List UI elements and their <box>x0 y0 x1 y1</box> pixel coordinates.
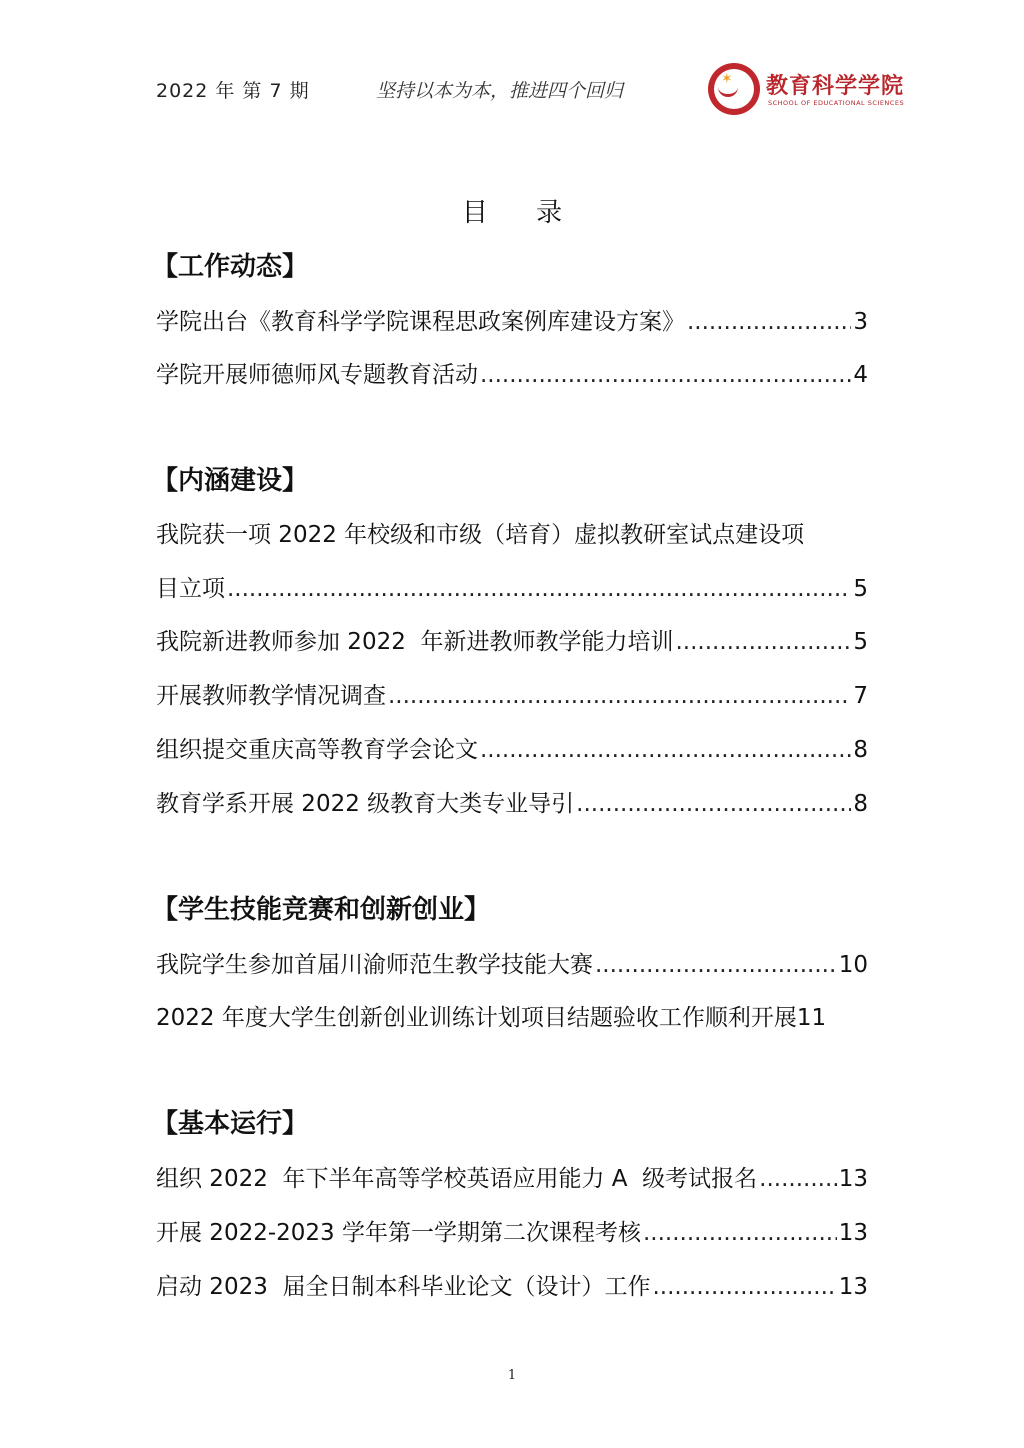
toc-entry[interactable]: 开展教师教学情况调查 7 <box>156 677 868 710</box>
entry-page: 7 <box>853 683 868 709</box>
school-seal-icon: ✶ <box>708 63 760 115</box>
issue-label: 2022 年 第 7 期 <box>156 76 310 103</box>
entry-page: 13 <box>839 1166 868 1192</box>
entry-title: 2022 年度大学生创新创业训练计划项目结题验收工作顺利开展 <box>156 999 797 1032</box>
toc-entry[interactable]: 组织 2022 年下半年高等学校英语应用能力 A 级考试报名 13 <box>156 1160 868 1193</box>
dot-leader <box>480 362 851 388</box>
section-heading: 【工作动态】 <box>152 246 308 283</box>
entry-page: 10 <box>839 952 868 978</box>
entry-title: 组织提交重庆高等教育学会论文 <box>156 731 478 764</box>
logo-name-en: SCHOOL OF EDUCATIONAL SCIENCES <box>768 99 904 107</box>
page-number: 1 <box>0 1368 1024 1383</box>
school-logo: ✶ 教育科学学院 SCHOOL OF EDUCATIONAL SCIENCES <box>708 63 893 119</box>
toc-title: 目 录 <box>0 192 1024 229</box>
entry-page: 5 <box>853 576 868 602</box>
entry-title: 我院获一项 2022 年校级和市级（培育）虚拟教研室试点建设项 <box>156 516 804 549</box>
toc-entry[interactable]: 学院开展师德师风专题教育活动 4 <box>156 356 868 389</box>
toc-entry[interactable]: 我院学生参加首届川渝师范生教学技能大赛 10 <box>156 946 868 979</box>
entry-page: 8 <box>853 737 868 763</box>
dot-leader <box>687 309 851 335</box>
toc-entry[interactable]: 我院获一项 2022 年校级和市级（培育）虚拟教研室试点建设项 <box>156 516 868 549</box>
toc-entry[interactable]: 开展 2022-2023 学年第一学期第二次课程考核 13 <box>156 1214 868 1247</box>
entry-title: 开展教师教学情况调查 <box>156 677 386 710</box>
entry-title: 学院开展师德师风专题教育活动 <box>156 356 478 389</box>
toc-entry[interactable]: 我院新进教师参加 2022 年新进教师教学能力培训 5 <box>156 623 868 656</box>
dot-leader <box>759 1166 837 1192</box>
dot-leader <box>643 1220 837 1246</box>
entry-title: 开展 2022-2023 学年第一学期第二次课程考核 <box>156 1214 641 1247</box>
dot-leader <box>576 791 851 817</box>
dot-leader <box>388 683 851 709</box>
entry-title: 启动 2023 届全日制本科毕业论文（设计）工作 <box>156 1268 650 1301</box>
dot-leader <box>652 1274 836 1300</box>
dot-leader <box>595 952 837 978</box>
entry-page: 13 <box>839 1274 868 1300</box>
entry-page: 11 <box>797 1005 826 1031</box>
toc-entry[interactable]: 组织提交重庆高等教育学会论文 8 <box>156 731 868 764</box>
entry-title: 我院学生参加首届川渝师范生教学技能大赛 <box>156 946 593 979</box>
entry-page: 4 <box>853 362 868 388</box>
entry-title: 教育学系开展 2022 级教育大类专业导引 <box>156 785 574 818</box>
page-header: 2022 年 第 7 期 坚持以本为本，推进四个回归 ✶ 教育科学学院 SCHO… <box>0 0 1024 130</box>
toc-entry[interactable]: 启动 2023 届全日制本科毕业论文（设计）工作 13 <box>156 1268 868 1301</box>
toc-entry-continued[interactable]: 目立项 5 <box>156 570 868 603</box>
section-heading: 【内涵建设】 <box>152 460 308 497</box>
section-heading: 【基本运行】 <box>152 1103 308 1140</box>
toc-entry[interactable]: 教育学系开展 2022 级教育大类专业导引 8 <box>156 785 868 818</box>
entry-page: 5 <box>853 629 868 655</box>
logo-name-cn: 教育科学学院 <box>766 69 904 100</box>
entry-title: 学院出台《教育科学学院课程思政案例库建设方案》 <box>156 303 685 336</box>
dot-leader <box>675 629 851 655</box>
entry-title: 我院新进教师参加 2022 年新进教师教学能力培训 <box>156 623 673 656</box>
toc-entry[interactable]: 2022 年度大学生创新创业训练计划项目结题验收工作顺利开展 11 <box>156 999 896 1032</box>
entry-page: 13 <box>839 1220 868 1246</box>
entry-title: 组织 2022 年下半年高等学校英语应用能力 A 级考试报名 <box>156 1160 757 1193</box>
dot-leader <box>480 737 851 763</box>
section-heading: 【学生技能竞赛和创新创业】 <box>152 889 490 926</box>
entry-title-continued: 目立项 <box>156 570 225 603</box>
dot-leader <box>227 576 851 602</box>
motto-text: 坚持以本为本，推进四个回归 <box>376 76 623 103</box>
entry-page: 8 <box>853 791 868 817</box>
entry-page: 3 <box>853 309 868 335</box>
toc-entry[interactable]: 学院出台《教育科学学院课程思政案例库建设方案》 3 <box>156 303 868 336</box>
